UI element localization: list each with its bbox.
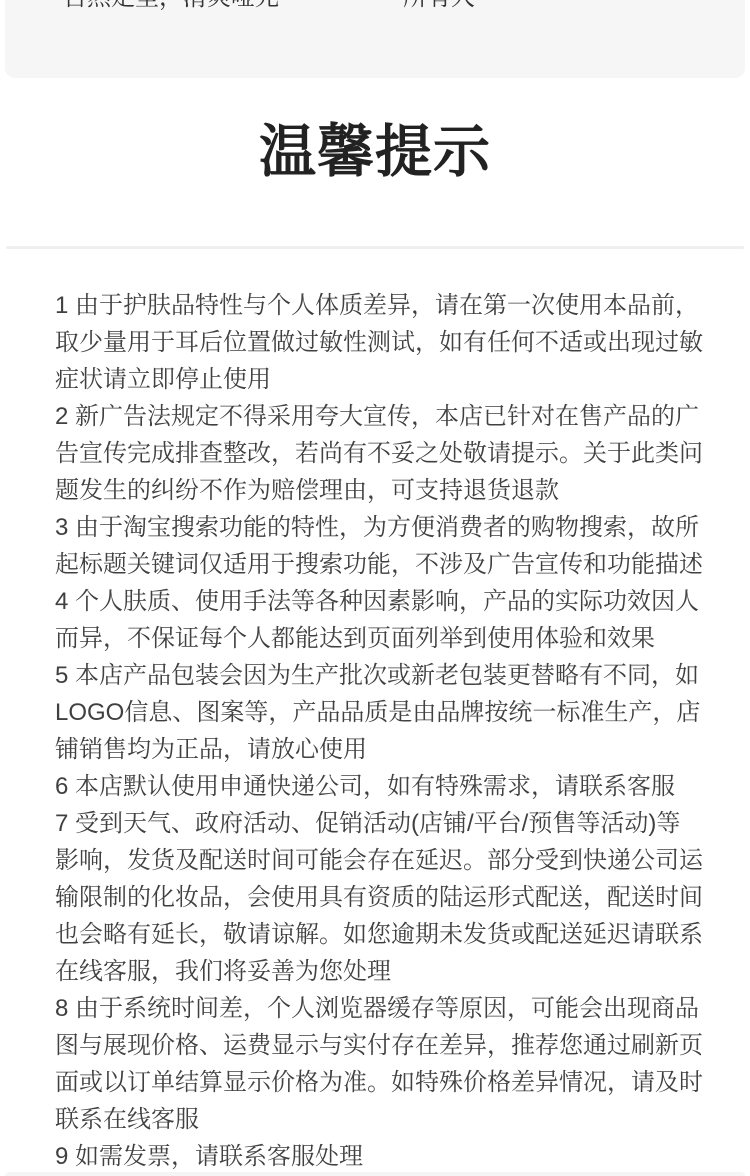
notice-line: 3 由于淘宝搜索功能的特性，为方便消费者的购物搜索，故所: [55, 509, 715, 546]
notice-line: 1 由于护肤品特性与个人体质差异，请在第一次使用本品前，: [55, 287, 715, 324]
spec-row: 自然定型，清爽哑光 所有人: [5, 0, 745, 11]
notice-line: 告宣传完成排查整改，若尚有不妥之处敬请提示。关于此类问: [55, 435, 715, 472]
notice-line: 面或以订单结算显示价格为准。如特殊价格差异情况，请及时: [55, 1064, 715, 1101]
notice-line: 铺销售均为正品，请放心使用: [55, 731, 715, 768]
notice-line: 4 个人肤质、使用手法等各种因素影响，产品的实际功效因人: [55, 583, 715, 620]
notice-item: 8 由于系统时间差，个人浏览器缓存等原因，可能会出现商品图与展现价格、运费显示与…: [55, 990, 715, 1138]
next-section-edge: [5, 1172, 745, 1176]
notice-line: 而异，不保证每个人都能达到页面列举到使用体验和效果: [55, 620, 715, 657]
spec-value: 所有人: [403, 0, 475, 11]
notice-line: LOGO信息、图案等，产品品质是由品牌按统一标准生产，店: [55, 694, 715, 731]
notice-line: 在线客服，我们将妥善为您处理: [55, 953, 715, 990]
notice-line: 7 受到天气、政府活动、促销活动(店铺/平台/预售等活动)等: [55, 805, 715, 842]
spec-label: 自然定型，清爽哑光: [63, 0, 279, 11]
notice-line: 取少量用于耳后位置做过敏性测试，如有任何不适或出现过敏: [55, 324, 715, 361]
notice-line: 联系在线客服: [55, 1101, 715, 1138]
section-divider: [6, 246, 744, 249]
notice-line: 症状请立即停止使用: [55, 361, 715, 398]
section-title: 温馨提示: [0, 121, 750, 183]
product-detail-page: 自然定型，清爽哑光 所有人 温馨提示 1 由于护肤品特性与个人体质差异，请在第一…: [0, 0, 750, 1176]
notice-item: 3 由于淘宝搜索功能的特性，为方便消费者的购物搜索，故所起标题关键词仅适用于搜索…: [55, 509, 715, 583]
notice-line: 8 由于系统时间差，个人浏览器缓存等原因，可能会出现商品: [55, 990, 715, 1027]
notice-item: 7 受到天气、政府活动、促销活动(店铺/平台/预售等活动)等影响，发货及配送时间…: [55, 805, 715, 990]
notice-item: 4 个人肤质、使用手法等各种因素影响，产品的实际功效因人而异，不保证每个人都能达…: [55, 583, 715, 657]
notice-item: 9 如需发票，请联系客服处理: [55, 1138, 715, 1175]
notice-line: 9 如需发票，请联系客服处理: [55, 1138, 715, 1175]
notice-item: 2 新广告法规定不得采用夸大宣传，本店已针对在售产品的广告宣传完成排查整改，若尚…: [55, 398, 715, 509]
notice-line: 影响，发货及配送时间可能会存在延迟。部分受到快递公司运: [55, 842, 715, 879]
notice-line: 6 本店默认使用申通快递公司，如有特殊需求，请联系客服: [55, 768, 715, 805]
notice-line: 图与展现价格、运费显示与实付存在差异，推荐您通过刷新页: [55, 1027, 715, 1064]
notice-item: 6 本店默认使用申通快递公司，如有特殊需求，请联系客服: [55, 768, 715, 805]
notice-line: 起标题关键词仅适用于搜索功能，不涉及广告宣传和功能描述: [55, 546, 715, 583]
notice-item: 1 由于护肤品特性与个人体质差异，请在第一次使用本品前，取少量用于耳后位置做过敏…: [55, 287, 715, 398]
notice-line: 也会略有延长，敬请谅解。如您逾期未发货或配送延迟请联系: [55, 916, 715, 953]
notice-list: 1 由于护肤品特性与个人体质差异，请在第一次使用本品前，取少量用于耳后位置做过敏…: [55, 287, 715, 1175]
notice-line: 2 新广告法规定不得采用夸大宣传，本店已针对在售产品的广: [55, 398, 715, 435]
notice-line: 输限制的化妆品，会使用具有资质的陆运形式配送，配送时间: [55, 879, 715, 916]
notice-line: 题发生的纠纷不作为赔偿理由，可支持退货退款: [55, 472, 715, 509]
product-spec-section: 自然定型，清爽哑光 所有人: [5, 0, 745, 78]
notice-line: 5 本店产品包装会因为生产批次或新老包装更替略有不同，如: [55, 657, 715, 694]
notice-item: 5 本店产品包装会因为生产批次或新老包装更替略有不同，如LOGO信息、图案等，产…: [55, 657, 715, 768]
